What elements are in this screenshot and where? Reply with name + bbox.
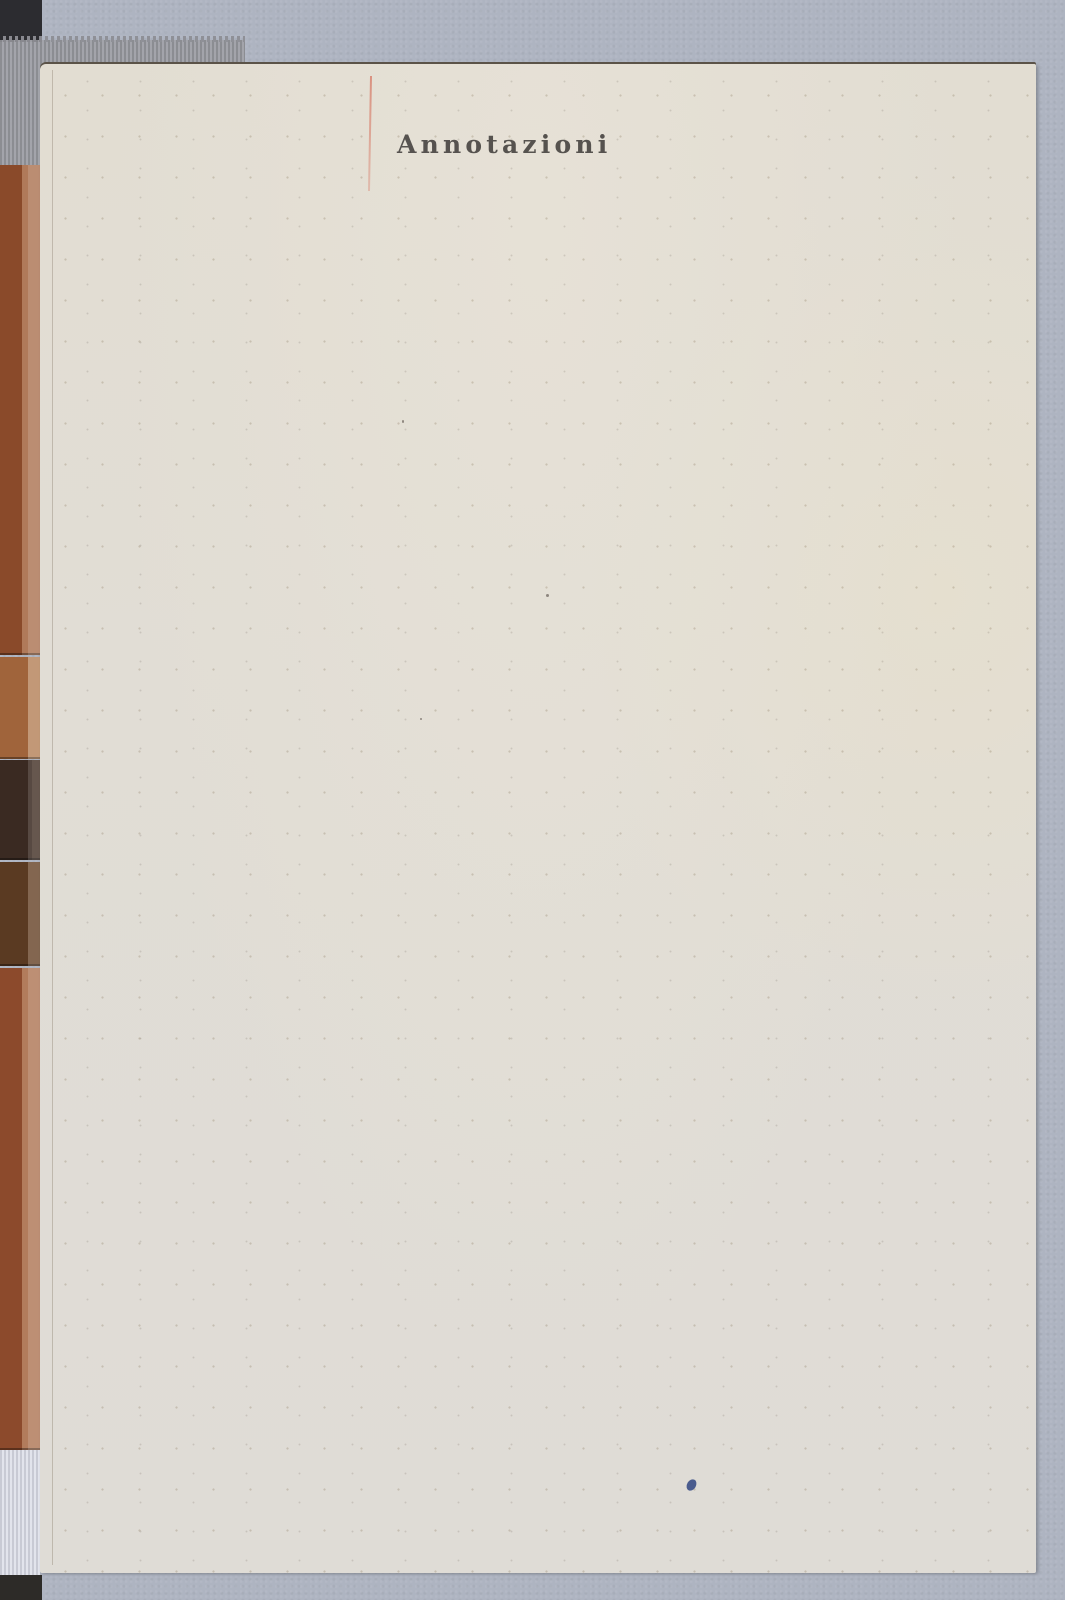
paper-speck [420, 718, 422, 720]
blue-ink-dot [685, 1478, 699, 1493]
ribbon-tape-bottom [0, 1450, 40, 1575]
scanned-document-view: { "document": { "type": "blank annotatio… [0, 0, 1065, 1600]
paper-speck [546, 594, 549, 597]
spine-segment [0, 760, 40, 860]
spine-segment [0, 165, 40, 655]
red-pencil-mark [368, 76, 372, 191]
binding-shadow-bottom [0, 1575, 42, 1600]
spine-segment [0, 657, 40, 759]
paper-texture [40, 64, 1036, 1573]
spine-segment [0, 862, 40, 966]
paper-speck [402, 420, 404, 423]
book-binding [0, 0, 42, 1600]
annotation-page: Annotazioni [40, 64, 1036, 1573]
spine-segment [0, 968, 40, 1450]
page-title: Annotazioni [397, 130, 611, 159]
